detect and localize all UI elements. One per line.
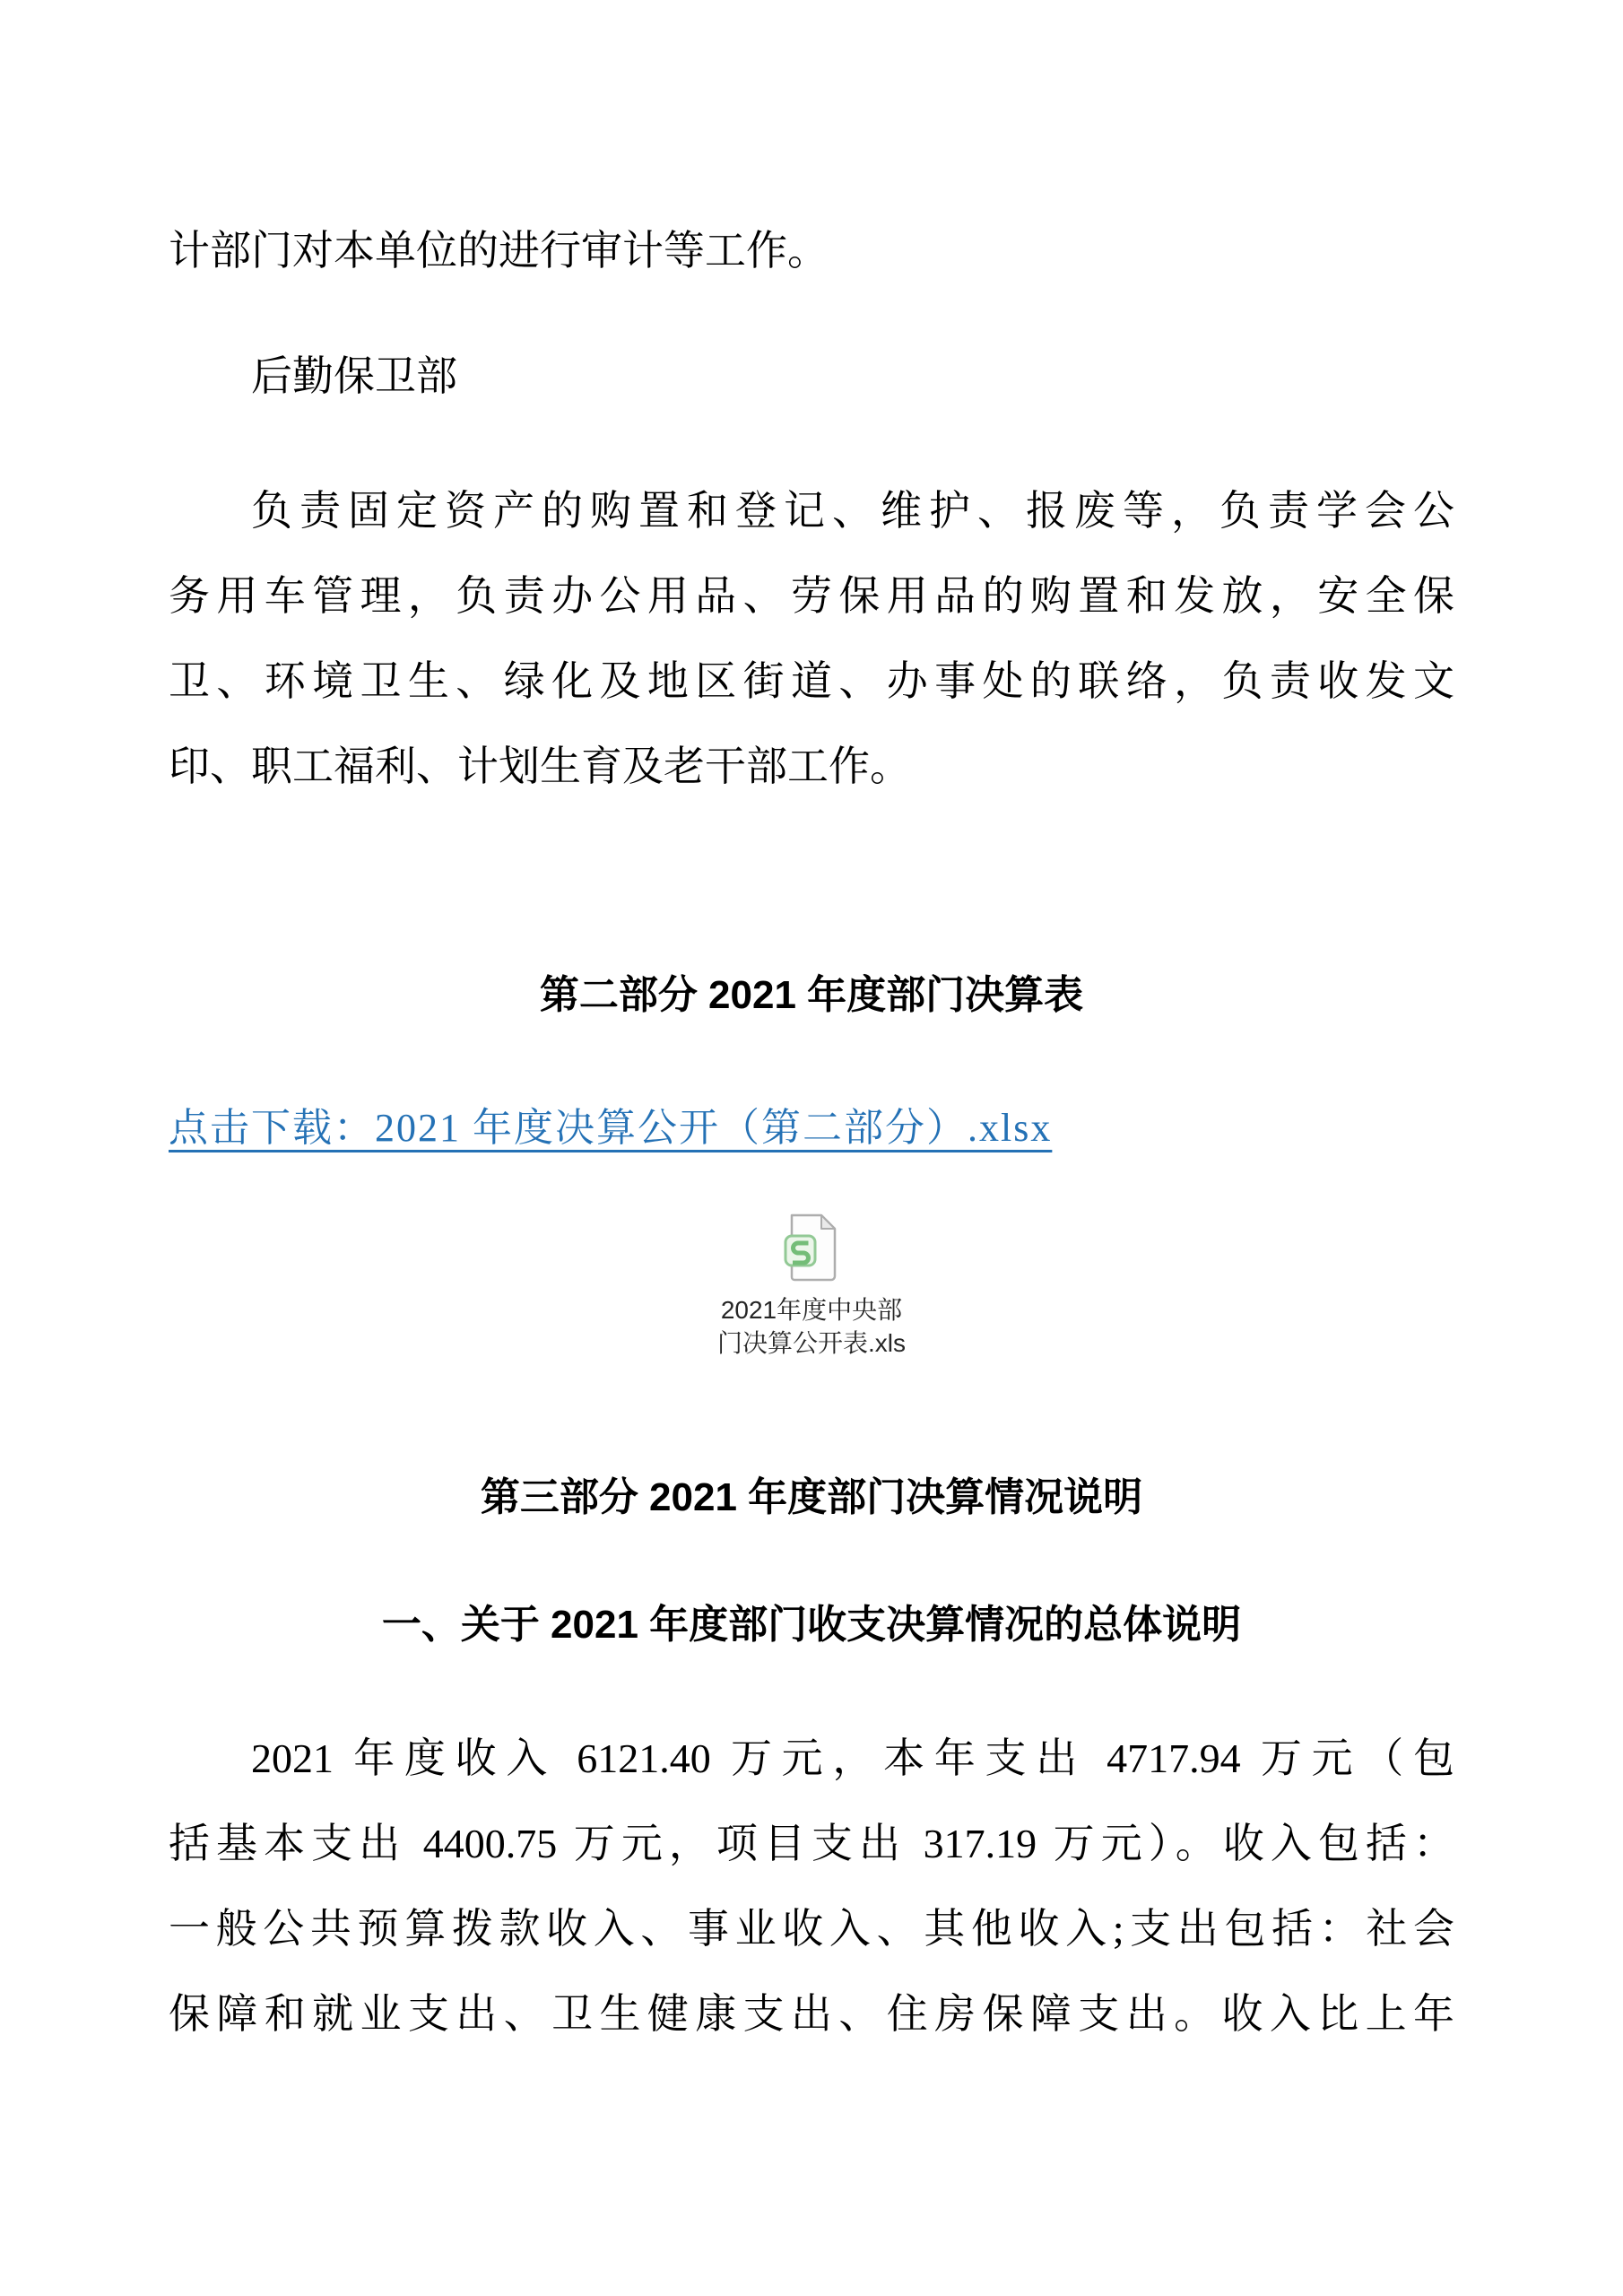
paragraph-line: 务用车管理，负责办公用品、劳保用品的购置和发放，安全保 bbox=[169, 553, 1454, 639]
attachment-filename-line2: 门决算公开表.xls bbox=[717, 1326, 906, 1360]
summary-paragraph: 2021 年度收入 6121.40 万元，本年支出 4717.94 万元（包 括… bbox=[169, 1716, 1454, 2057]
paragraph-line: 印、职工福利、计划生育及老干部工作。 bbox=[169, 724, 1454, 809]
paragraph-line: 保障和就业支出、卫生健康支出、住房保障支出。收入比上年 bbox=[169, 1971, 1454, 2057]
dept-paragraph: 负责固定资产的购置和登记、维护、报废等，负责学会公 务用车管理，负责办公用品、劳… bbox=[169, 468, 1454, 809]
folded-corner bbox=[821, 1215, 835, 1229]
part2-heading: 第二部分 2021 年度部门决算表 bbox=[169, 968, 1454, 1023]
paragraph-line: 卫、环境卫生、绿化及地区街道、办事处的联络，负责收发文 bbox=[169, 639, 1454, 724]
paragraph-line: 括基本支出 4400.75 万元，项目支出 317.19 万元）。收入包括： bbox=[169, 1801, 1454, 1886]
attachment-filename-line1: 2021年度中央部 bbox=[721, 1293, 902, 1326]
dept-heading: 后勤保卫部 bbox=[169, 349, 1454, 404]
paragraph-line: 负责固定资产的购置和登记、维护、报废等，负责学会公 bbox=[169, 468, 1454, 553]
download-link[interactable]: 点击下载：2021 年度决算公开（第二部分）.xlsx bbox=[169, 1100, 1052, 1156]
paragraph-continuation-line: 计部门对本单位的进行审计等工作。 bbox=[169, 223, 1454, 279]
excel-file-icon bbox=[783, 1213, 840, 1283]
document-page: 计部门对本单位的进行审计等工作。 后勤保卫部 负责固定资产的购置和登记、维护、报… bbox=[0, 0, 1623, 2296]
part3-heading: 第三部分 2021 年度部门决算情况说明 bbox=[169, 1470, 1454, 1526]
paragraph-line: 2021 年度收入 6121.40 万元，本年支出 4717.94 万元（包 bbox=[169, 1716, 1454, 1801]
section1-heading: 一、关于 2021 年度部门收支决算情况的总体说明 bbox=[169, 1597, 1454, 1653]
paragraph-line: 一般公共预算拨款收入、事业收入、其他收入;支出包括：社会 bbox=[169, 1886, 1454, 1971]
attachment-file[interactable]: 2021年度中央部 门决算公开表.xls bbox=[0, 1213, 1623, 1360]
